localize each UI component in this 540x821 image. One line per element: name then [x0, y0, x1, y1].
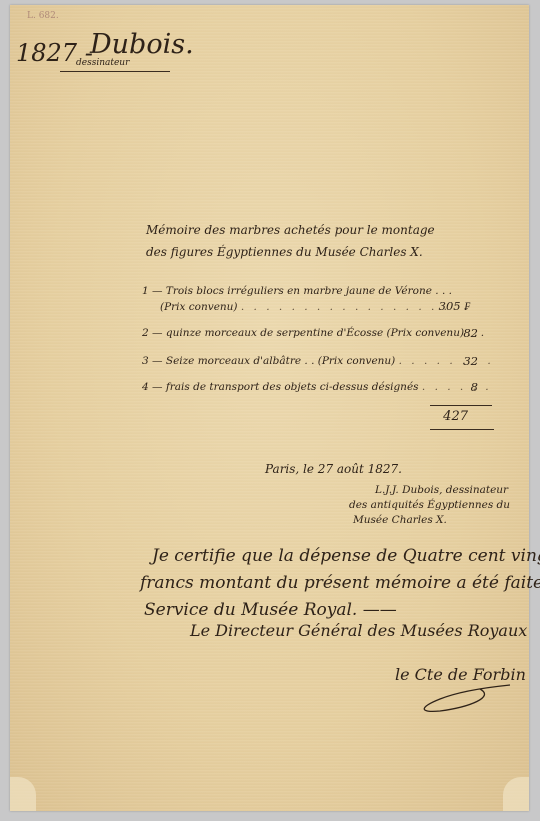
header-underline: [60, 71, 170, 72]
total-rule-top: [430, 405, 492, 406]
director-title: Le Directeur Général des Musées Royaux: [190, 621, 527, 640]
header-name: Dubois.: [90, 29, 194, 60]
signature-flourish: [410, 677, 520, 717]
item-1-subtext: (Prix convenu) . . . . . . . . . . . . .…: [160, 301, 450, 313]
item-3-amount: 32: [438, 354, 478, 368]
total-amount: 427: [428, 409, 468, 424]
memoire-title: Mémoire des marbres achetés pour le mont…: [146, 219, 435, 263]
date-line: Paris, le 27 août 1827.: [265, 462, 402, 476]
certification-line-1: Je certifie que la dépense de Quatre cen…: [152, 543, 540, 570]
item-1-text: 1 — Trois blocs irréguliers en marbre ja…: [142, 285, 452, 297]
certification-text: Je certifie que la dépense de Quatre cen…: [152, 543, 540, 624]
item-2-text: 2 — quinze morceaux de serpentine d'Écos…: [142, 327, 484, 339]
archive-reference: L. 682.: [27, 11, 59, 21]
dubois-signature-block: L.J.J. Dubois, dessinateur des antiquité…: [375, 483, 510, 528]
header-role: dessinateur: [76, 58, 129, 68]
item-4-amount: 8: [438, 380, 478, 394]
worn-corner-left: [10, 777, 36, 811]
title-line-1: Mémoire des marbres achetés pour le mont…: [146, 219, 435, 241]
total-rule-bottom: [430, 429, 494, 430]
manuscript-page: L. 682. 1827 - Dubois. dessinateur Mémoi…: [10, 5, 529, 811]
title-line-2: des figures Égyptiennes du Musée Charles…: [146, 241, 435, 263]
certification-line-3: Service du Musée Royal. ——: [144, 597, 540, 624]
item-2-amount: 82: [438, 326, 478, 340]
worn-corner-right: [503, 777, 529, 811]
certification-line-2: francs montant du présent mémoire a été …: [140, 570, 540, 597]
item-1-amount: 305 ₣: [430, 299, 470, 313]
